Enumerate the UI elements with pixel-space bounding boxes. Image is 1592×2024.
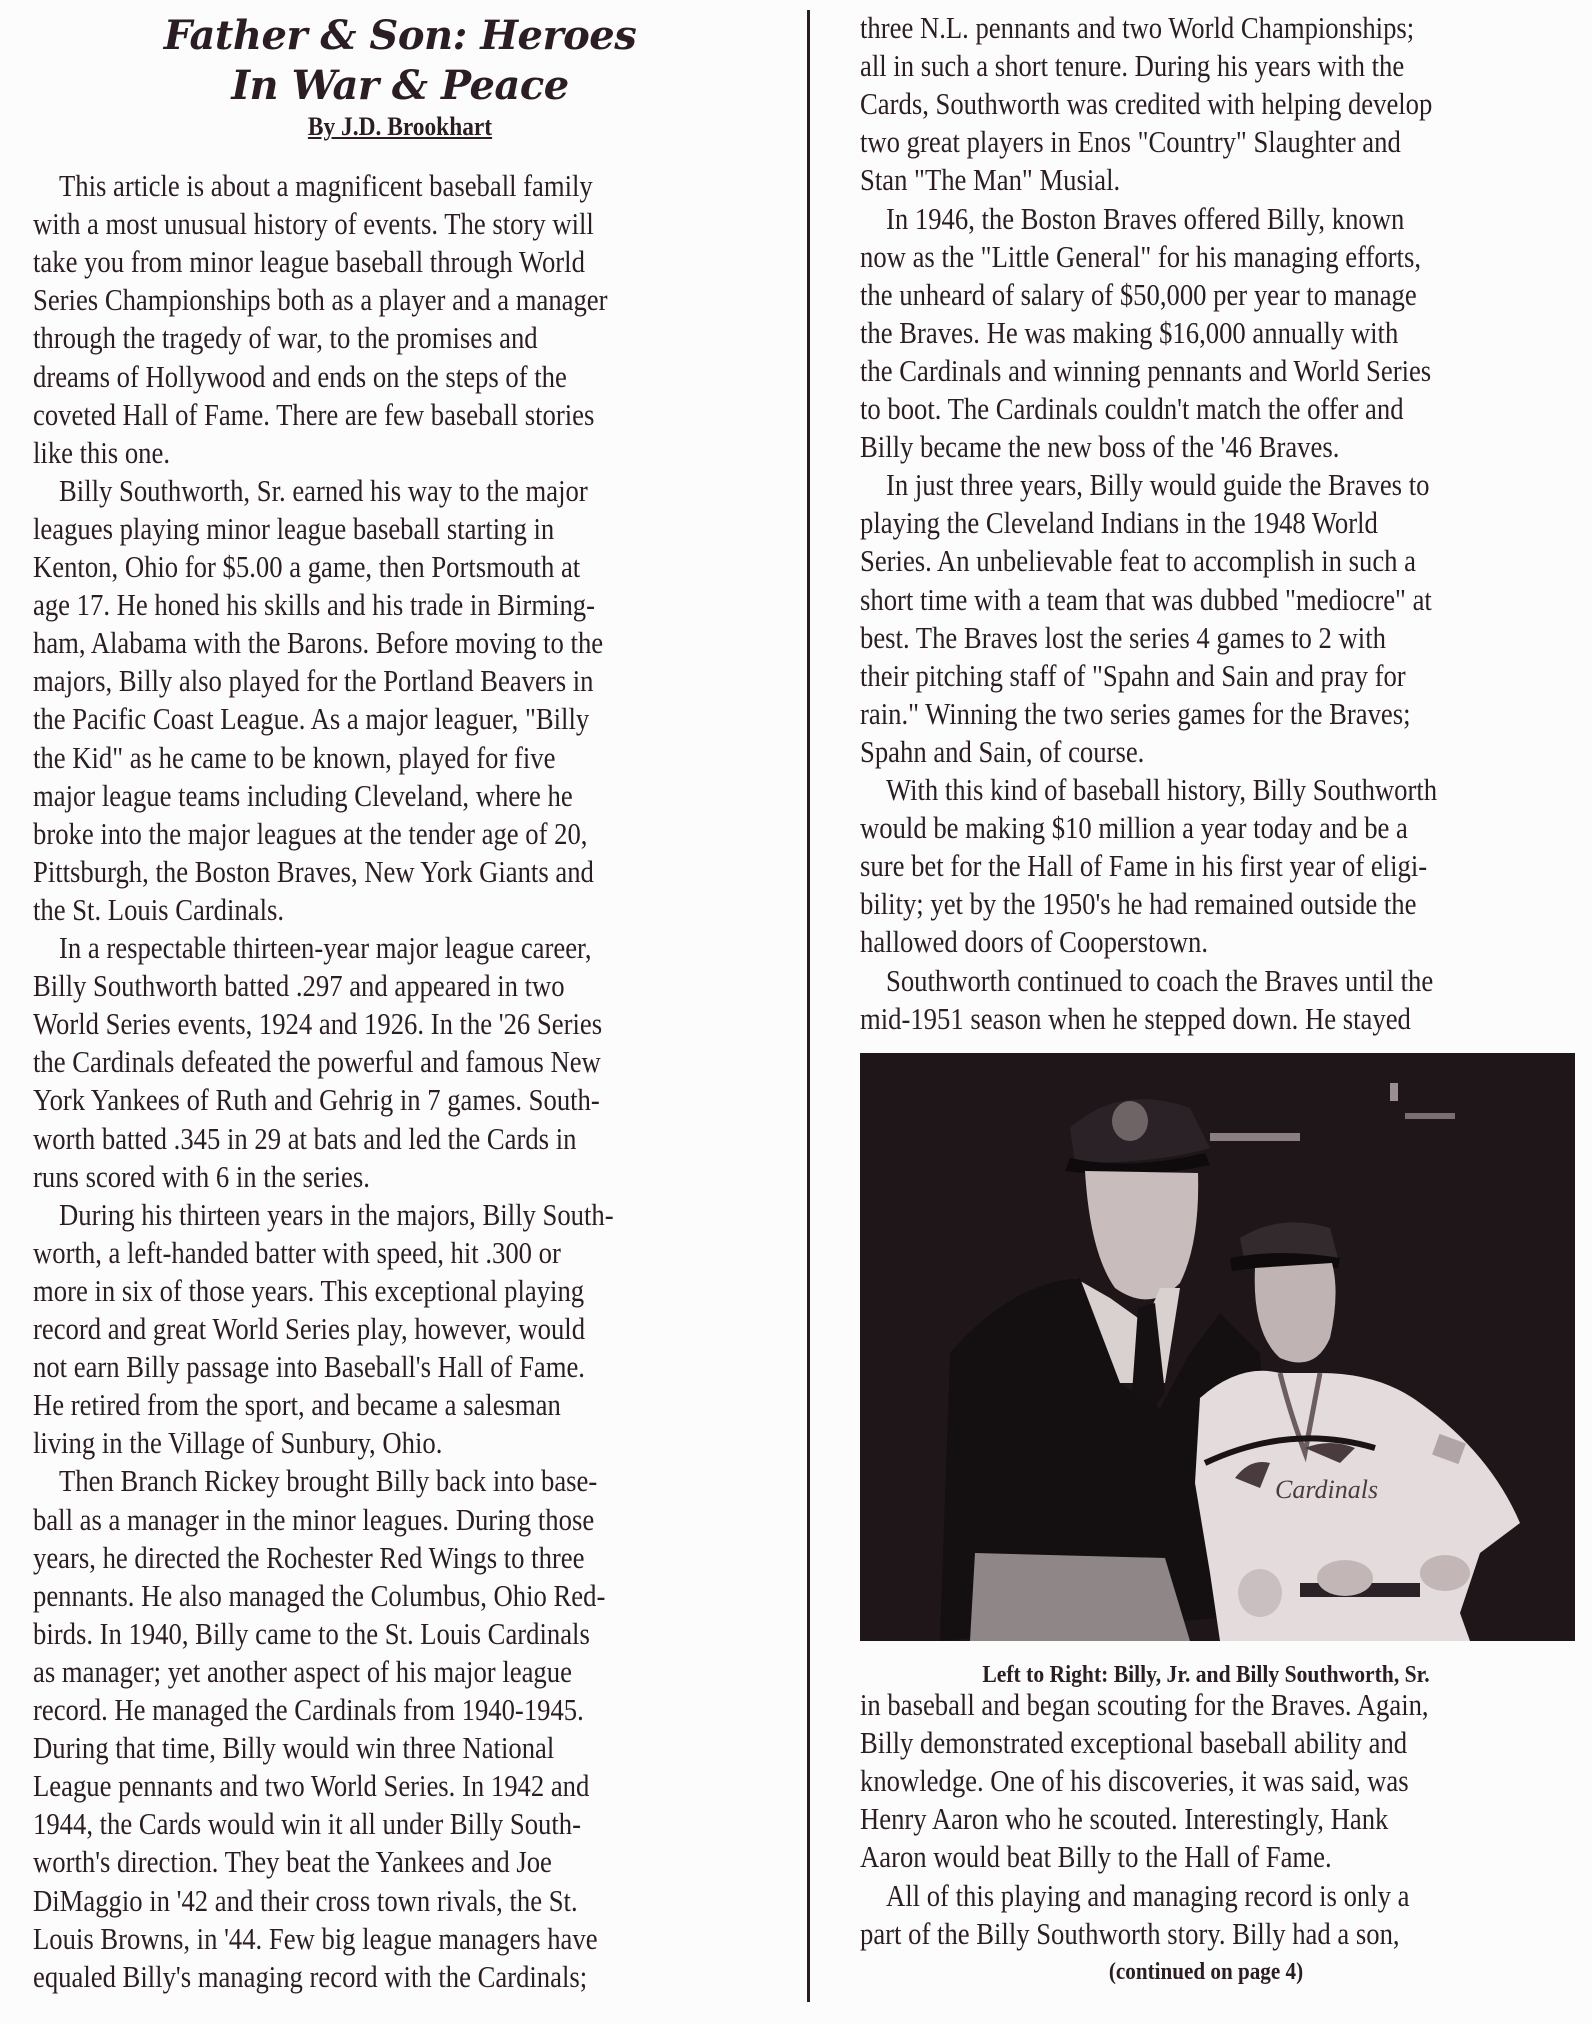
text-line: DiMaggio in '42 and their cross town riv… <box>33 1882 578 1920</box>
text-line: playing the Cleveland Indians in the 194… <box>860 504 1378 542</box>
text-line: In just three years, Billy would guide t… <box>886 466 1429 504</box>
text-line: birds. In 1940, Billy came to the St. Lo… <box>33 1615 590 1653</box>
text-line: equaled Billy's managing record with the… <box>33 1958 587 1996</box>
text-line: During that time, Billy would win three … <box>33 1729 554 1767</box>
text-line: part of the Billy Southworth story. Bill… <box>860 1915 1400 1953</box>
text-line: ham, Alabama with the Barons. Before mov… <box>33 624 603 662</box>
text-line: the Cardinals and winning pennants and W… <box>860 352 1431 390</box>
text-line: majors, Billy also played for the Portla… <box>33 662 593 700</box>
title-line-1: Father & Son: Heroes <box>0 11 800 61</box>
text-line: Henry Aaron who he scouted. Interestingl… <box>860 1800 1388 1838</box>
text-line: age 17. He honed his skills and his trad… <box>33 586 595 624</box>
text-line: Billy Southworth batted .297 and appeare… <box>33 967 565 1005</box>
text-line: all in such a short tenure. During his y… <box>860 47 1404 85</box>
text-line: major league teams including Cleveland, … <box>33 777 573 815</box>
text-line: Stan "The Man" Musial. <box>860 161 1120 199</box>
text-line: hallowed doors of Cooperstown. <box>860 923 1208 961</box>
continued-note: (continued on page 4) <box>866 1957 1545 1987</box>
text-line: record. He managed the Cardinals from 19… <box>33 1691 584 1729</box>
column-divider <box>807 10 810 2002</box>
text-line: Billy became the new boss of the '46 Bra… <box>860 428 1339 466</box>
text-line: rain." Winning the two series games for … <box>860 695 1411 733</box>
text-line: sure bet for the Hall of Fame in his fir… <box>860 847 1427 885</box>
text-line: worth batted .345 in 29 at bats and led … <box>33 1120 576 1158</box>
text-line: the Pacific Coast League. As a major lea… <box>33 700 589 738</box>
text-line: now as the "Little General" for his mana… <box>860 238 1421 276</box>
text-line: not earn Billy passage into Baseball's H… <box>33 1348 585 1386</box>
text-line: Cards, Southworth was credited with help… <box>860 85 1432 123</box>
text-line: broke into the major leagues at the tend… <box>33 815 587 853</box>
text-line: through the tragedy of war, to the promi… <box>33 319 538 357</box>
text-line: In 1946, the Boston Braves offered Billy… <box>886 200 1404 238</box>
text-line: York Yankees of Ruth and Gehrig in 7 gam… <box>33 1081 600 1119</box>
text-line: leagues playing minor league baseball st… <box>33 510 554 548</box>
text-line: living in the Village of Sunbury, Ohio. <box>33 1424 442 1462</box>
text-line: Southworth continued to coach the Braves… <box>886 962 1433 1000</box>
text-line: League pennants and two World Series. In… <box>33 1767 589 1805</box>
text-line: World Series events, 1924 and 1926. In t… <box>33 1005 602 1043</box>
text-line: pennants. He also managed the Columbus, … <box>33 1577 605 1615</box>
text-line: ball as a manager in the minor leagues. … <box>33 1501 594 1539</box>
text-line: Billy demonstrated exceptional baseball … <box>860 1724 1407 1762</box>
text-line: the St. Louis Cardinals. <box>33 891 284 929</box>
text-line: Louis Browns, in '44. Few big league man… <box>33 1920 598 1958</box>
text-line: more in six of those years. This excepti… <box>33 1272 584 1310</box>
text-line: worth's direction. They beat the Yankees… <box>33 1843 552 1881</box>
text-line: take you from minor league baseball thro… <box>33 243 585 281</box>
text-line: Then Branch Rickey brought Billy back in… <box>59 1462 597 1500</box>
text-line: would be making $10 million a year today… <box>860 809 1408 847</box>
text-line: Kenton, Ohio for $5.00 a game, then Port… <box>33 548 580 586</box>
text-line: like this one. <box>33 434 170 472</box>
text-line: Billy Southworth, Sr. earned his way to … <box>59 472 588 510</box>
text-line: coveted Hall of Fame. There are few base… <box>33 396 594 434</box>
text-line: This article is about a magnificent base… <box>59 167 593 205</box>
text-line: runs scored with 6 in the series. <box>33 1158 370 1196</box>
text-line: two great players in Enos "Country" Slau… <box>860 123 1401 161</box>
text-line: the Braves. He was making $16,000 annual… <box>860 314 1398 352</box>
text-line: with a most unusual history of events. T… <box>33 205 594 243</box>
text-line: as manager; yet another aspect of his ma… <box>33 1653 572 1691</box>
title-line-2: In War & Peace <box>0 61 800 111</box>
text-line: short time with a team that was dubbed "… <box>860 581 1432 619</box>
text-line: the Cardinals defeated the powerful and … <box>33 1043 601 1081</box>
text-line: Series Championships both as a player an… <box>33 281 608 319</box>
text-line: 1944, the Cards would win it all under B… <box>33 1805 581 1843</box>
text-line: worth, a left-handed batter with speed, … <box>33 1234 561 1272</box>
text-line: He retired from the sport, and became a … <box>33 1386 561 1424</box>
text-line: bility; yet by the 1950's he had remaine… <box>860 885 1416 923</box>
photo-billy-jr-and-sr: Cardinals <box>860 1053 1575 1641</box>
jersey-text: Cardinals <box>1275 1475 1378 1504</box>
text-line: Spahn and Sain, of course. <box>860 733 1144 771</box>
text-line: years, he directed the Rochester Red Win… <box>33 1539 584 1577</box>
text-line: Series. An unbelievable feat to accompli… <box>860 542 1416 580</box>
text-line: dreams of Hollywood and ends on the step… <box>33 358 567 396</box>
text-line: With this kind of baseball history, Bill… <box>886 771 1437 809</box>
text-line: the Kid" as he came to be known, played … <box>33 739 555 777</box>
text-line: to boot. The Cardinals couldn't match th… <box>860 390 1404 428</box>
text-line: three N.L. pennants and two World Champi… <box>860 9 1414 47</box>
text-line: Pittsburgh, the Boston Braves, New York … <box>33 853 594 891</box>
text-line: In a respectable thirteen-year major lea… <box>59 929 592 967</box>
text-line: Aaron would beat Billy to the Hall of Fa… <box>860 1838 1332 1876</box>
text-line: mid-1951 season when he stepped down. He… <box>860 1000 1411 1038</box>
text-line: knowledge. One of his discoveries, it wa… <box>860 1762 1409 1800</box>
text-line: All of this playing and managing record … <box>886 1877 1409 1915</box>
text-line: record and great World Series play, howe… <box>33 1310 585 1348</box>
photo-image: Cardinals <box>860 1053 1575 1641</box>
text-line: During his thirteen years in the majors,… <box>59 1196 614 1234</box>
byline: By J.D. Brookhart <box>40 112 760 142</box>
text-line: their pitching staff of "Spahn and Sain … <box>860 657 1406 695</box>
text-line: best. The Braves lost the series 4 games… <box>860 619 1386 657</box>
text-line: the unheard of salary of $50,000 per yea… <box>860 276 1417 314</box>
text-line: in baseball and began scouting for the B… <box>860 1686 1429 1724</box>
